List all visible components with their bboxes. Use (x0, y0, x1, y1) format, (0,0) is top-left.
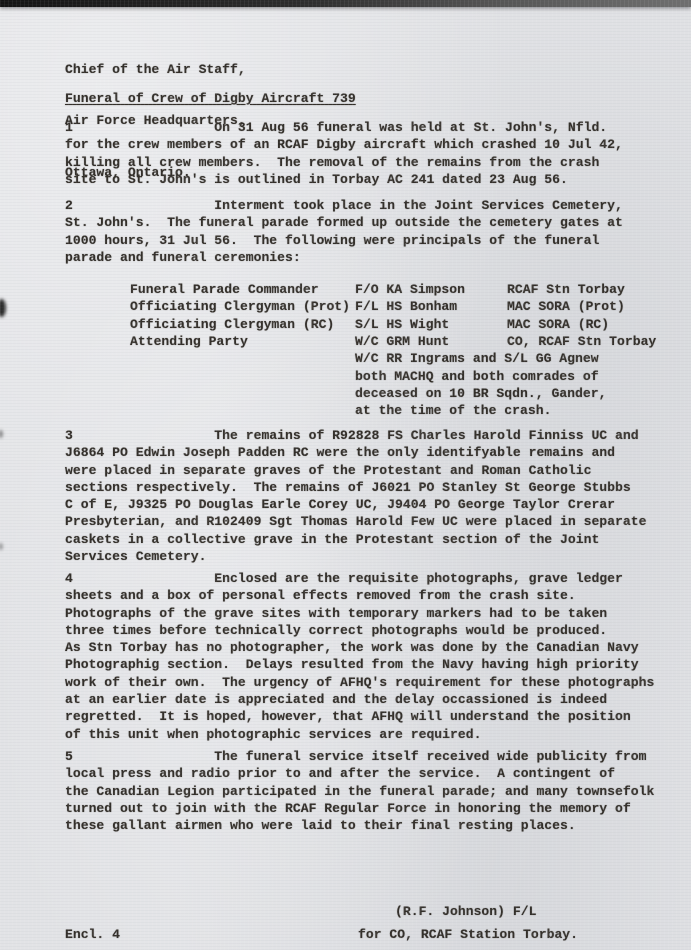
principal-name: W/C GRM Hunt (355, 333, 449, 350)
attending-detail-line: at the time of the crash. (355, 402, 551, 419)
enclosure-note: Encl. 4 (65, 926, 120, 943)
principal-unit: CO, RCAF Stn Torbay (507, 333, 656, 350)
attending-detail-line: both MACHQ and both comrades of (355, 368, 599, 385)
scan-smudge (0, 430, 3, 438)
paragraph-1: 1 On 31 Aug 56 funeral was held at St. J… (65, 119, 623, 188)
principal-name: S/L HS Wight (355, 316, 449, 333)
signature-name-line: (R.F. Johnson) F/L (395, 903, 536, 920)
principal-role: Officiating Clergyman (RC) (130, 316, 334, 333)
principal-unit: MAC SORA (RC) (507, 316, 609, 333)
recipient-line-1: Chief of the Air Staff, (65, 61, 246, 78)
paragraph-4: 4 Enclosed are the requisite photographs… (65, 570, 654, 743)
paragraph-2: 2 Interment took place in the Joint Serv… (65, 197, 623, 266)
scan-edge-artifact (0, 0, 691, 7)
attending-detail-line: W/C RR Ingrams and S/L GG Agnew (355, 350, 599, 367)
subject-heading: Funeral of Crew of Digby Aircraft 739 (65, 90, 356, 107)
principal-unit: MAC SORA (Prot) (507, 298, 625, 315)
scanned-letter-page: Chief of the Air Staff, Air Force Headqu… (0, 0, 691, 950)
scan-smudge (0, 543, 3, 550)
principal-name: F/O KA Simpson (355, 281, 465, 298)
principal-unit: RCAF Stn Torbay (507, 281, 625, 298)
principal-role: Officiating Clergyman (Prot) (130, 298, 350, 315)
attending-detail-line: deceased on 10 BR Sqdn., Gander, (355, 385, 606, 402)
paragraph-3: 3 The remains of R92828 FS Charles Harol… (65, 427, 646, 565)
principal-name: F/L HS Bonham (355, 298, 457, 315)
signature-for-line: for CO, RCAF Station Torbay. (358, 926, 578, 943)
principal-role: Funeral Parade Commander (130, 281, 319, 298)
principal-role: Attending Party (130, 333, 248, 350)
paragraph-5: 5 The funeral service itself received wi… (65, 748, 654, 834)
principals-table: Funeral Parade Commander F/O KA Simpson … (0, 281, 691, 421)
